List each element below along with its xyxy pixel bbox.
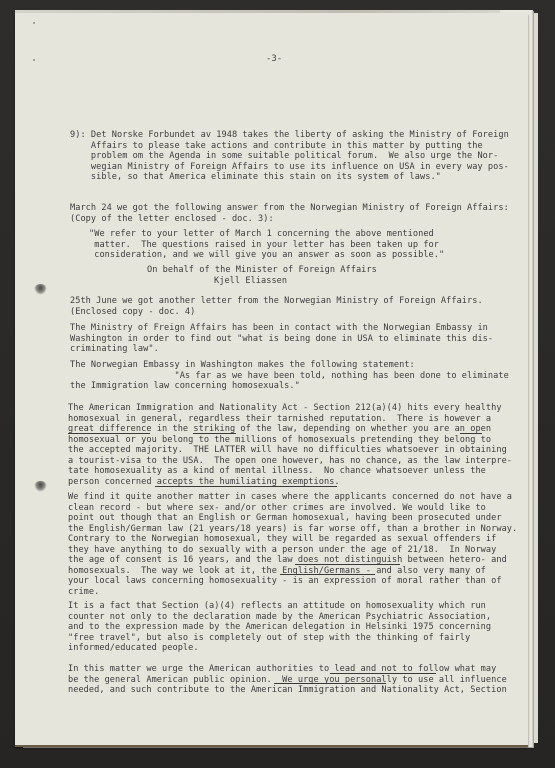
- text-line: and to the expression made by the Americ…: [68, 622, 491, 633]
- text-line: The Norwegian Embassy in Washington make…: [70, 360, 415, 371]
- text-line: Washington in order to find out "what is…: [70, 334, 493, 345]
- text-line: (Enclosed copy - doc. 4): [70, 307, 195, 318]
- underline-mark: [330, 673, 436, 674]
- text-line: homosexual or you belong to the millions…: [68, 435, 491, 446]
- text-line: March 24 we got the following answer fro…: [70, 203, 509, 214]
- text-line: Contrary to the Norwegian homosexual, th…: [68, 534, 496, 545]
- text-line: counter not only to the declaration made…: [68, 612, 491, 623]
- underline-mark: [68, 433, 150, 434]
- underline-mark: [155, 486, 337, 487]
- text-line: point out though that an English or Germ…: [68, 513, 502, 524]
- text-line: the accepted majority. THE LATTER will h…: [68, 445, 507, 456]
- underline-mark: [274, 683, 386, 684]
- text-line: they have anything to do sexually with a…: [68, 545, 496, 556]
- text-line: The American Immigration and Nationality…: [68, 403, 502, 414]
- text-line: 25th June we got another letter from the…: [70, 296, 483, 307]
- text-line: problem om the Agenda in some suitable p…: [70, 151, 498, 162]
- text-line: your local laws concerning homosexuality…: [68, 576, 502, 587]
- punch-hole: [34, 284, 47, 295]
- underline-mark: [460, 433, 482, 434]
- text-line: tate homosexuality as a kind of mental i…: [68, 466, 486, 477]
- page-number: -3-: [266, 54, 282, 64]
- text-line: the English/German law (21 years/18 year…: [68, 524, 517, 535]
- speck-mark: [33, 59, 35, 61]
- text-line: wegian Ministry of Foreign Affairs to us…: [70, 162, 509, 173]
- text-line: crime.: [68, 587, 99, 598]
- text-line: criminating law".: [70, 344, 159, 355]
- text-line: sible, so that America eliminate this st…: [70, 172, 441, 183]
- text-line: 9): Det Norske Forbundet av 1948 takes t…: [70, 130, 509, 141]
- text-line: a tourist-visa to the USA. The open one …: [68, 456, 512, 467]
- text-line: homosexuals. The way we look at it, the …: [68, 566, 486, 577]
- text-line: Affairs to please take actions and contr…: [70, 141, 483, 152]
- text-line: We find it quite another matter in cases…: [68, 492, 512, 503]
- text-line: It is a fact that Section (a)(4) reflect…: [68, 601, 486, 612]
- underline-mark: [295, 564, 400, 565]
- punch-hole: [34, 481, 47, 492]
- text-line: the age of consent is 16 years, and the …: [68, 555, 507, 566]
- text-line: The Ministry of Freign Affairs has been …: [70, 323, 488, 334]
- signatory-name: Kjell Eliassen: [214, 276, 287, 287]
- text-line: needed, and such contribute to the Ameri…: [68, 685, 507, 696]
- text-line: the Immigration law concerning homosexua…: [70, 381, 300, 392]
- speck-mark: [33, 22, 35, 24]
- text-line: matter. The questions raised in your let…: [89, 240, 439, 251]
- text-line: (Copy of the letter enclosed - doc. 3):: [70, 214, 274, 225]
- text-line: clean record - but where sex- and/or oth…: [68, 503, 486, 514]
- text-line: consideration, and we will give you an a…: [89, 250, 444, 261]
- underline-mark: [280, 574, 375, 575]
- text-line: "free travel", but also is completely ou…: [68, 633, 470, 644]
- text-line: informed/educated people.: [68, 643, 199, 654]
- text-line: "We refer to your letter of March 1 conc…: [89, 229, 434, 240]
- text-line: "As far as we have been told, nothing ha…: [70, 371, 509, 382]
- text-line: On behalf of the Minister of Foreign Aff…: [147, 265, 377, 276]
- text-line: homosexual in general, regardless their …: [68, 414, 491, 425]
- page-edge: [15, 10, 500, 13]
- underline-mark: [193, 433, 236, 434]
